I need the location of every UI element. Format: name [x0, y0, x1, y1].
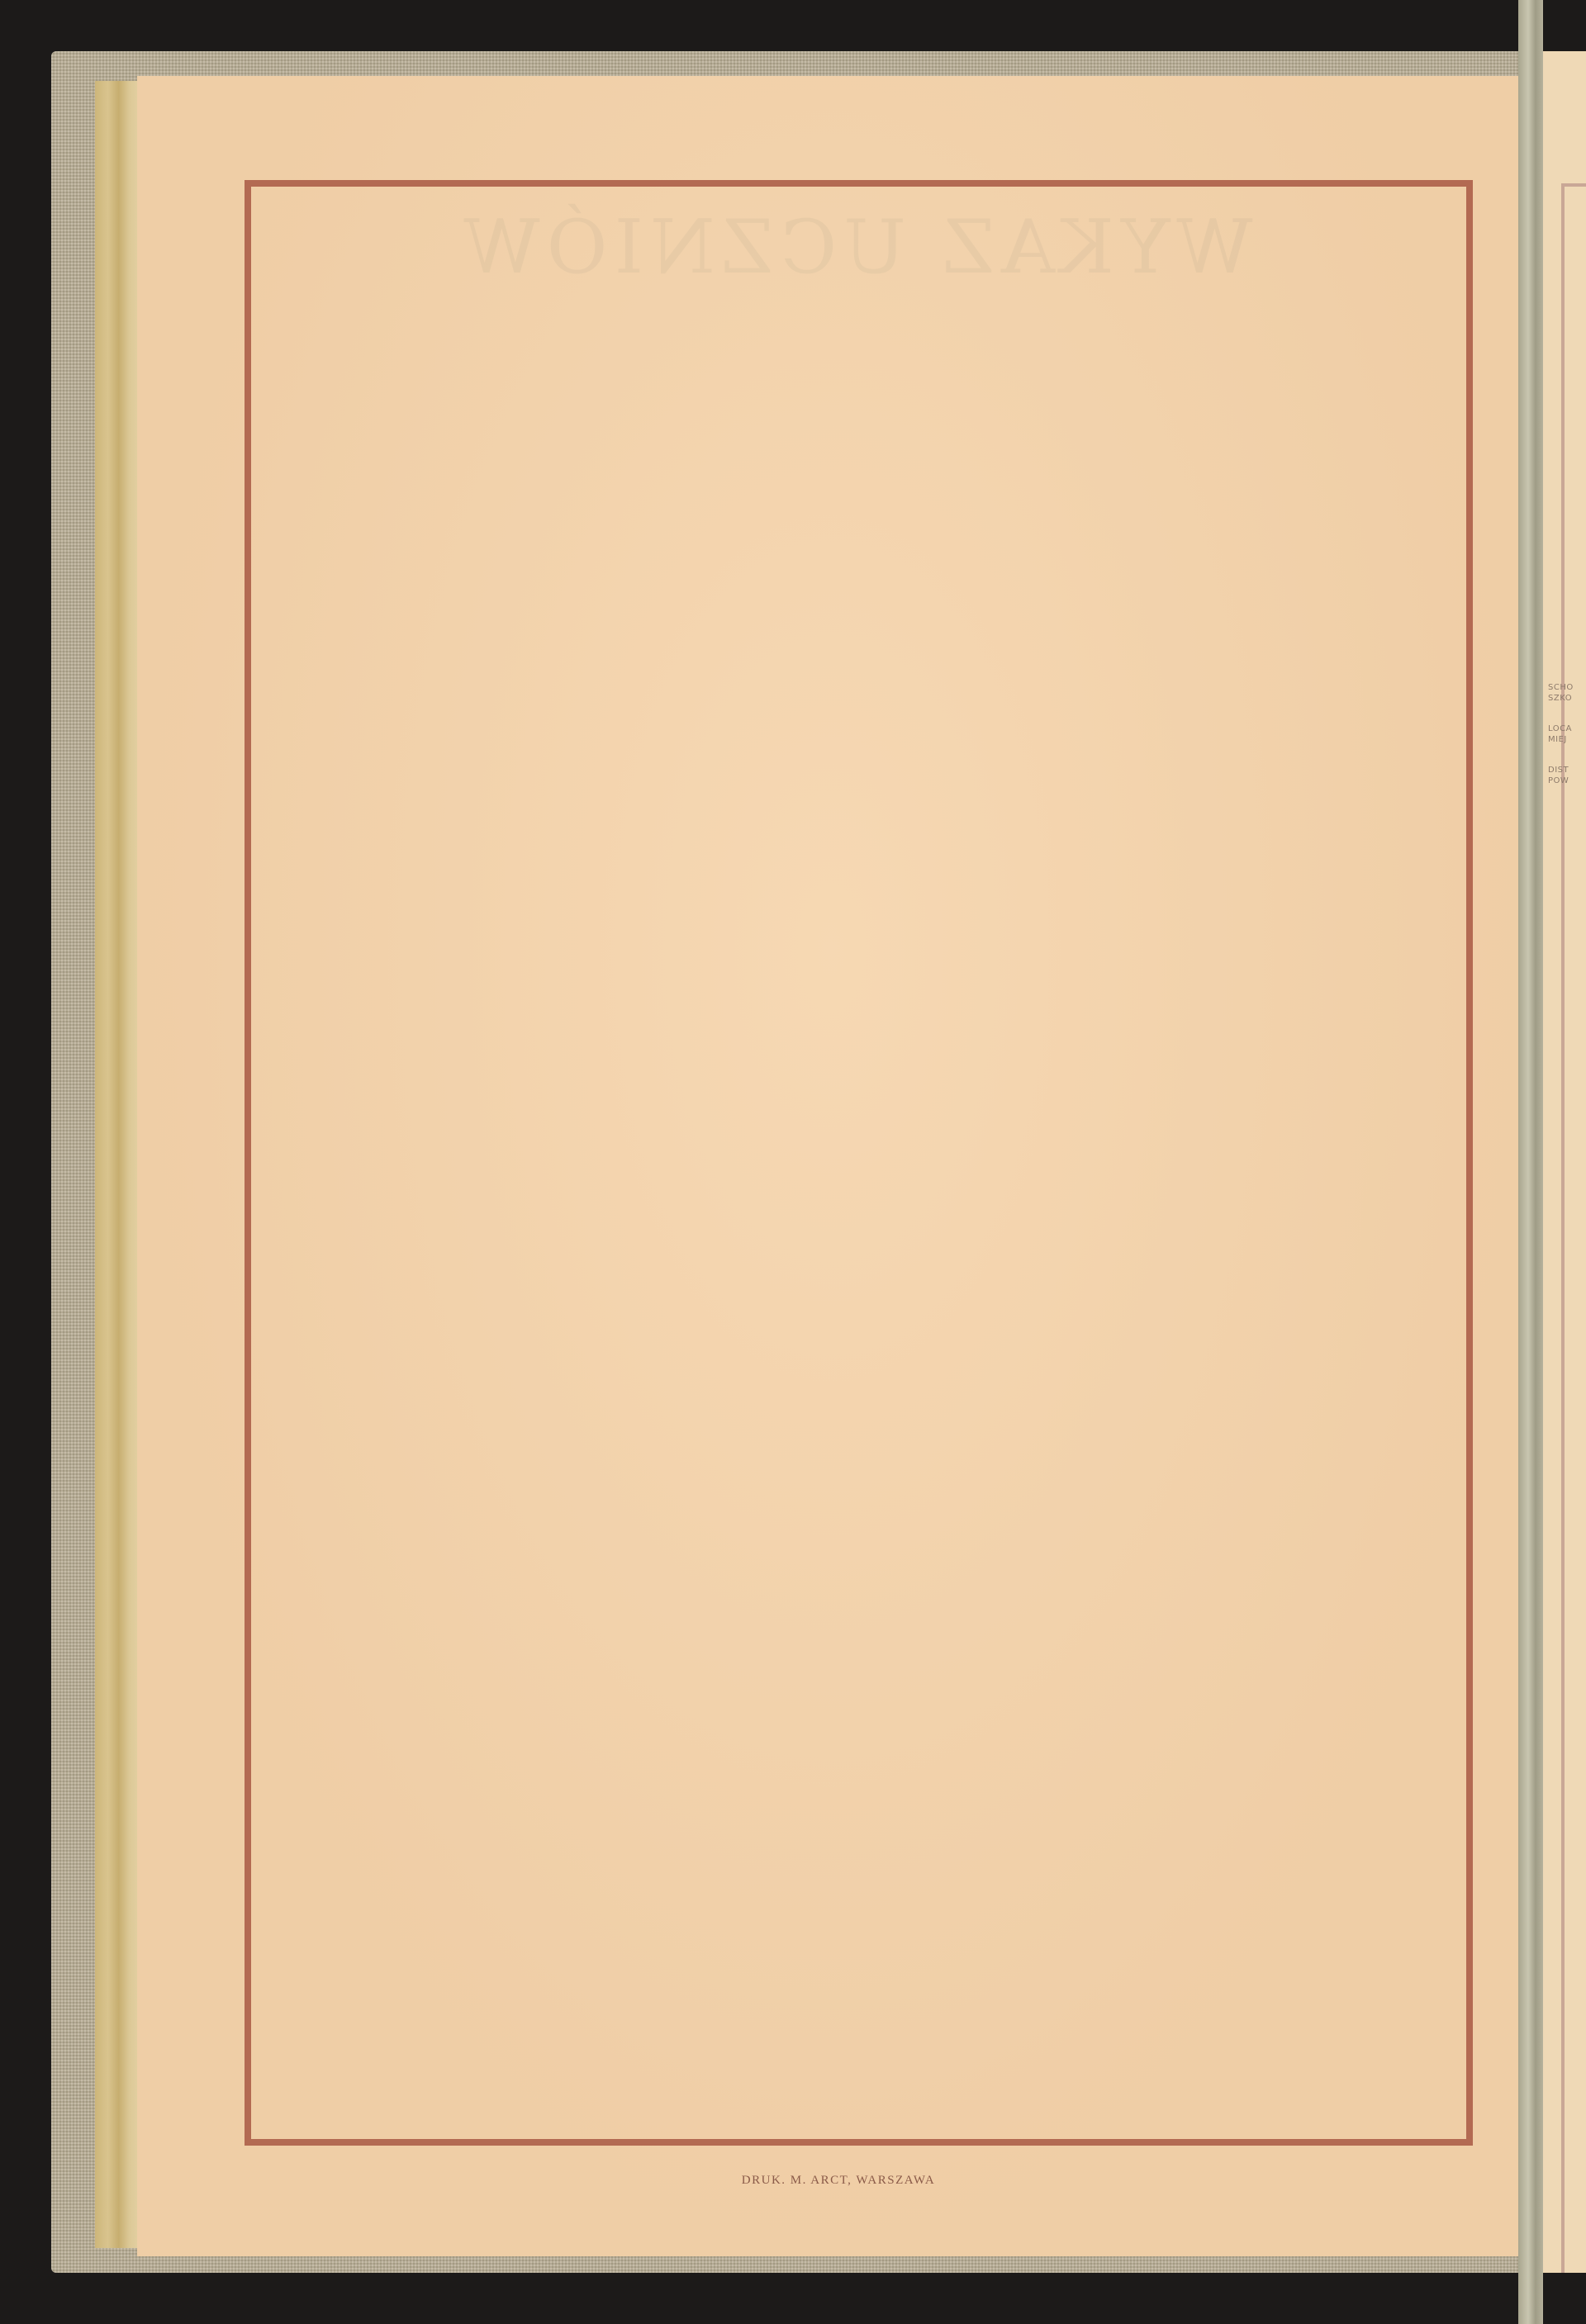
page-stack-edge — [95, 81, 138, 2248]
facing-page-fragment: POW — [1548, 776, 1569, 785]
printer-imprint: DRUK. M. ARCT, WARSZAWA — [0, 2174, 1586, 2188]
facing-page-fragment: SCHO — [1548, 683, 1574, 692]
facing-page-fragment: LOCA — [1548, 724, 1572, 733]
facing-page-fragment: SZKO — [1548, 694, 1572, 703]
book-gutter — [1518, 0, 1543, 2324]
facing-page-fragment: MIEJ — [1548, 735, 1567, 744]
show-through-text: WYKAZ UCZNIÓW — [277, 206, 1433, 933]
facing-page-edge: SCHO SZKO LOCA MIEJ DIST POW — [1543, 51, 1586, 2273]
facing-page-fragment: DIST — [1548, 766, 1569, 775]
facing-page-frame — [1561, 183, 1586, 2273]
